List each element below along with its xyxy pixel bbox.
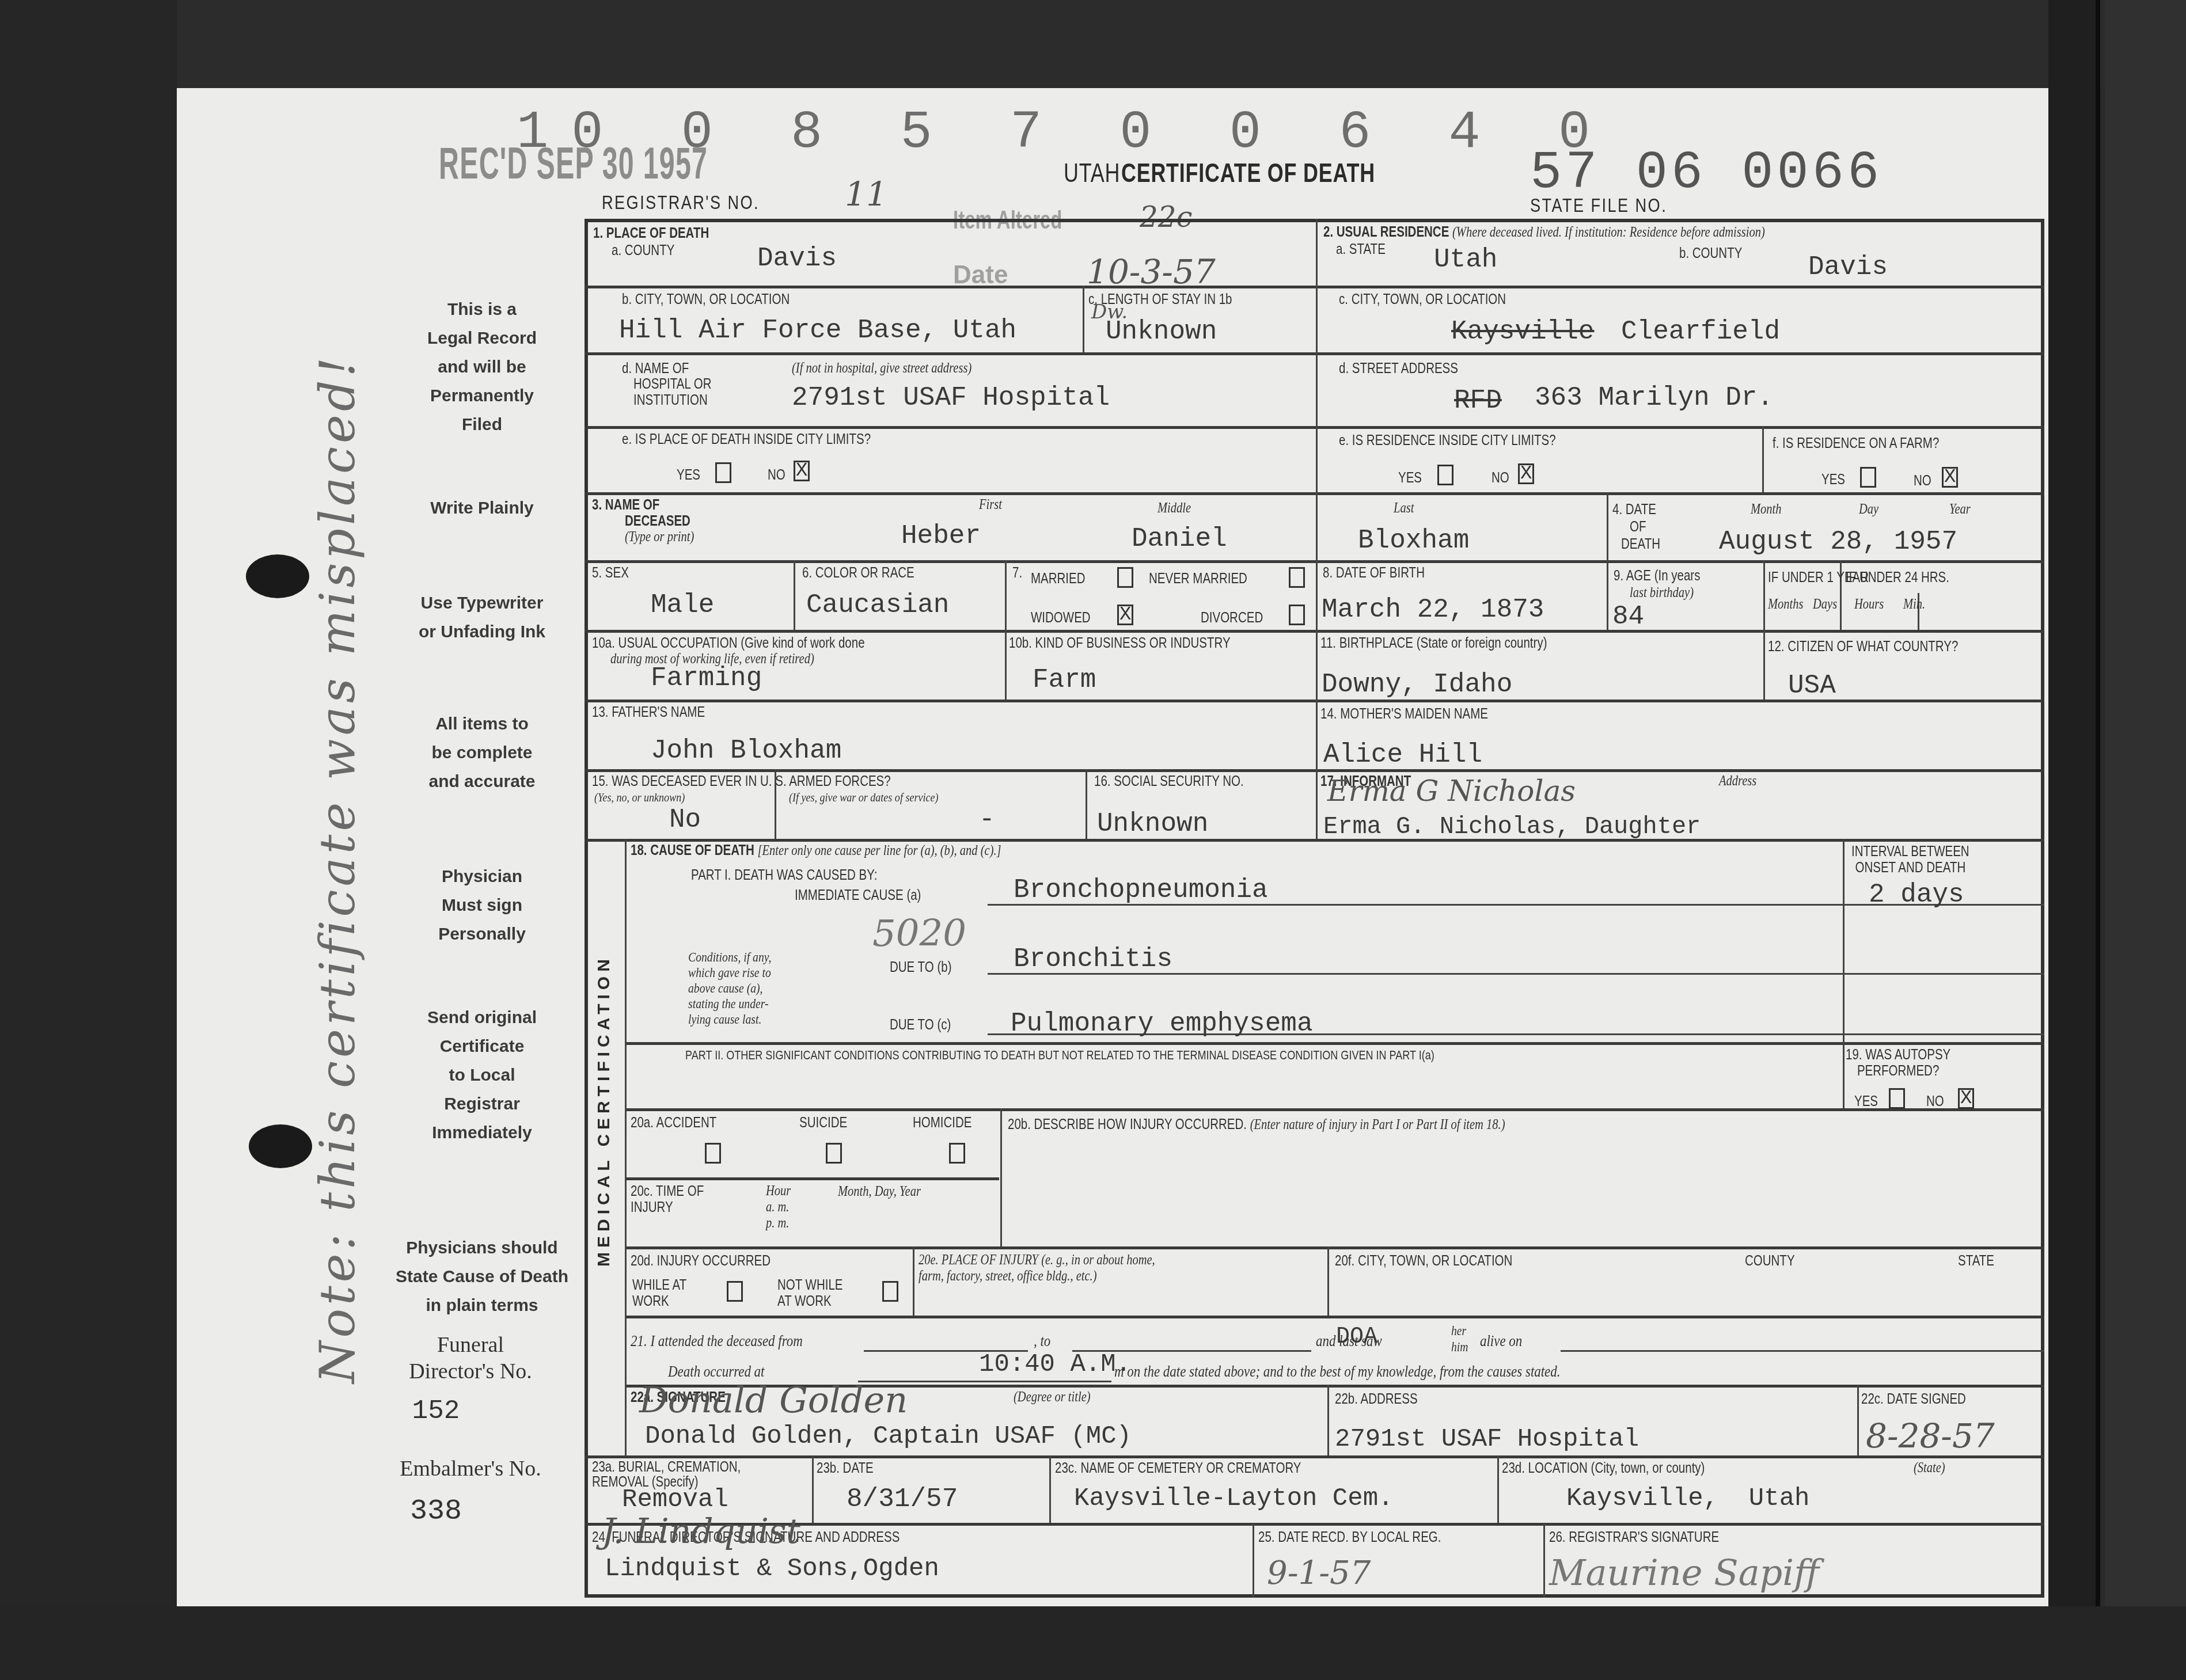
age-value[interactable]: 84 xyxy=(1612,602,1644,632)
middle-name-value[interactable]: Daniel xyxy=(1132,524,1227,554)
first-name-value[interactable]: Heber xyxy=(901,521,981,551)
homicide-checkbox[interactable] xyxy=(949,1143,965,1164)
residence-county-label: b. COUNTY xyxy=(1679,245,1742,262)
row-divider xyxy=(585,352,2044,355)
name-label-3: (Type or print) xyxy=(625,529,694,546)
residence-inside-city-label: e. IS RESIDENCE INSIDE CITY LIMITS? xyxy=(1339,432,1556,449)
her-label: her xyxy=(1451,1322,1466,1340)
dod-day-label: Day xyxy=(1859,501,1878,518)
armed-forces-sub2: (If yes, give war or dates of service) xyxy=(789,789,939,806)
col-divider xyxy=(1327,1385,1329,1455)
first-label: First xyxy=(979,496,1002,514)
disposition-value[interactable]: Removal xyxy=(622,1485,728,1514)
citizen-value[interactable]: USA xyxy=(1788,671,1836,701)
physician-address-value[interactable]: 2791st USAF Hospital xyxy=(1335,1425,1639,1454)
divorced-checkbox[interactable] xyxy=(1289,605,1305,625)
scanner-background-top xyxy=(0,0,2186,88)
scanner-background-left xyxy=(0,0,177,1680)
race-label: 6. COLOR OR RACE xyxy=(802,564,914,581)
funeral-director-signature: J. Lindquist xyxy=(602,1511,800,1552)
mother-value[interactable]: Alice Hill xyxy=(1323,740,1482,770)
widowed-checkbox[interactable] xyxy=(1117,605,1133,625)
injury-occurred-label: 20d. INJURY OCCURRED xyxy=(631,1252,771,1269)
yes-label: YES xyxy=(1398,469,1422,486)
marital-label: 7. xyxy=(1012,564,1022,581)
middle-label: Middle xyxy=(1157,500,1191,517)
burial-location-state-label: (State) xyxy=(1914,1459,1945,1477)
death-inside-city-label: e. IS PLACE OF DEATH INSIDE CITY LIMITS? xyxy=(622,431,871,448)
embalmer-no-label: Embalmer's No. xyxy=(373,1455,568,1482)
occupation-value[interactable]: Farming xyxy=(651,663,762,693)
registrar-signature-label: 26. REGISTRAR'S SIGNATURE xyxy=(1549,1529,1719,1546)
dod-label-1: 4. DATE xyxy=(1612,501,1656,518)
col-divider xyxy=(1327,1246,1329,1316)
margin-note-complete: All items to be complete and accurate xyxy=(396,710,568,796)
autopsy-label: 19. WAS AUTOPSY PERFORMED? xyxy=(1846,1047,1950,1079)
medical-cert-bar xyxy=(625,839,627,1455)
row-divider xyxy=(625,1246,2044,1249)
farm-yes-checkbox[interactable] xyxy=(1860,467,1876,488)
last-label: Last xyxy=(1394,500,1414,517)
part-i-label: PART I. DEATH WAS CAUSED BY: xyxy=(691,866,878,884)
state-file-no-label: STATE FILE NO. xyxy=(1530,195,1667,217)
usual-residence-label: 2. USUAL RESIDENCE (Where deceased lived… xyxy=(1323,223,1765,241)
margin-note-plain-terms: Physicians should State Cause of Death i… xyxy=(375,1234,589,1320)
margin-note-send-original: Send original Certificate to Local Regis… xyxy=(396,1004,568,1147)
punch-hole-top xyxy=(246,554,309,598)
row-divider xyxy=(585,286,2044,288)
street-address-value[interactable]: 363 Marilyn Dr. xyxy=(1535,383,1773,413)
row-divider xyxy=(585,1523,2044,1526)
no-label: NO xyxy=(1926,1093,1944,1110)
place-of-injury-label: 20e. PLACE OF INJURY (e. g., in or about… xyxy=(919,1252,1155,1284)
death-city-label: b. CITY, TOWN, OR LOCATION xyxy=(622,291,790,308)
row-divider xyxy=(585,560,2044,563)
birthplace-label: 11. BIRTHPLACE (State or foreign country… xyxy=(1320,634,1547,652)
col-divider xyxy=(1086,769,1087,839)
residence-state-label: a. STATE xyxy=(1336,241,1386,258)
embalmer-no: 338 xyxy=(338,1499,534,1525)
him-label: him xyxy=(1451,1339,1468,1356)
degree-label: (Degree or title) xyxy=(1014,1389,1091,1406)
month-day-year-label: Month, Day, Year xyxy=(838,1183,921,1200)
attended-to-label: , to xyxy=(1034,1333,1050,1350)
death-inside-city-yes-checkbox[interactable] xyxy=(715,462,731,483)
hospital-value[interactable]: 2791st USAF Hospital xyxy=(792,383,1110,413)
last-saw-label: and last saw xyxy=(1316,1333,1382,1350)
father-label: 13. FATHER'S NAME xyxy=(592,704,705,721)
part-ii-divider xyxy=(625,1042,2044,1045)
row-divider xyxy=(585,426,2044,429)
county-label: a. COUNTY xyxy=(612,242,674,259)
margin-note-typewriter: Use Typewriter or Unfading Ink xyxy=(396,589,568,647)
funeral-director-no: 152 xyxy=(338,1398,534,1424)
days-label: Days xyxy=(1813,596,1837,613)
residence-city-value[interactable]: Clearfield xyxy=(1621,317,1780,347)
sex-value[interactable]: Male xyxy=(651,590,714,620)
address-label: 22b. ADDRESS xyxy=(1335,1390,1418,1408)
date-of-death-value[interactable]: August 28, 1957 xyxy=(1719,527,1957,557)
physician-signature: Donald Golden xyxy=(639,1379,908,1421)
cause-of-death-label: 18. CAUSE OF DEATH [Enter only one cause… xyxy=(631,842,1001,860)
col-divider xyxy=(1857,1385,1859,1455)
received-date-stamp: REC'D SEP 30 1957 xyxy=(439,137,708,189)
name-label-2: DECEASED xyxy=(625,512,690,530)
part-ii-label: PART II. OTHER SIGNIFICANT CONDITIONS CO… xyxy=(685,1047,1434,1064)
autopsy-no-checkbox[interactable] xyxy=(1958,1088,1974,1109)
no-label: NO xyxy=(1492,469,1509,486)
alive-on-line xyxy=(1561,1350,2044,1352)
row-divider xyxy=(585,492,2044,495)
burial-date-label: 23b. DATE xyxy=(817,1459,874,1477)
registrar-signature-value[interactable]: Maurine Sapiff xyxy=(1549,1552,1819,1594)
row-divider xyxy=(585,769,2044,772)
date-signed-label: 22c. DATE SIGNED xyxy=(1861,1390,1966,1408)
col-divider xyxy=(1253,1523,1254,1598)
col-divider xyxy=(1543,1523,1545,1598)
name-label: 3. NAME OF xyxy=(592,496,659,514)
married-checkbox[interactable] xyxy=(1117,567,1133,588)
date-recd-value[interactable]: 9-1-57 xyxy=(1267,1554,1371,1592)
col-divider xyxy=(1316,219,1318,561)
street-address-label: d. STREET ADDRESS xyxy=(1339,360,1458,377)
due-to-c-value[interactable]: Pulmonary emphysema xyxy=(1011,1009,1313,1039)
accident-label: 20a. ACCIDENT xyxy=(631,1114,716,1131)
age-label: 9. AGE (In years xyxy=(1614,567,1700,584)
farm-label: f. IS RESIDENCE ON A FARM? xyxy=(1773,435,1939,452)
col-divider xyxy=(1316,560,1318,839)
scanner-background-bottom xyxy=(0,1606,2186,1680)
date-recd-label: 25. DATE RECD. BY LOCAL REG. xyxy=(1258,1529,1441,1546)
cemetery-value[interactable]: Kaysville-Layton Cem. xyxy=(1074,1484,1394,1513)
farm-no-checkbox[interactable] xyxy=(1942,467,1958,488)
cause-code-annotation: 5020 xyxy=(872,913,966,955)
row-divider xyxy=(625,1177,999,1180)
suicide-checkbox[interactable] xyxy=(826,1143,842,1164)
father-value[interactable]: John Bloxham xyxy=(651,736,841,766)
homicide-label: HOMICIDE xyxy=(913,1114,972,1131)
margin-note-physician-sign: Physician Must sign Personally xyxy=(396,862,568,949)
col-divider xyxy=(1000,1108,1002,1246)
armed-forces-dates-value[interactable]: - xyxy=(979,805,995,835)
registrars-no-label: REGISTRAR'S NO. xyxy=(602,192,760,214)
divorced-label: DIVORCED xyxy=(1201,609,1263,626)
not-while-at-work-label: NOT WHILE AT WORK xyxy=(777,1277,843,1309)
birthplace-value[interactable]: Downy, Idaho xyxy=(1322,670,1512,700)
min-label: Min. xyxy=(1903,596,1925,613)
residence-county-value[interactable]: Davis xyxy=(1808,252,1888,282)
row-divider xyxy=(625,1108,2044,1111)
yes-label: YES xyxy=(1854,1093,1878,1110)
length-of-stay-value[interactable]: Unknown xyxy=(1106,317,1217,347)
death-occurred-label: Death occurred at xyxy=(668,1363,764,1381)
date-of-birth-value[interactable]: March 22, 1873 xyxy=(1322,595,1544,625)
armed-forces-value[interactable]: No xyxy=(669,805,701,835)
title-state: UTAH xyxy=(1064,157,1120,188)
col-divider xyxy=(812,1455,814,1523)
mother-label: 14. MOTHER'S MAIDEN NAME xyxy=(1320,705,1488,723)
dod-label-3: DEATH xyxy=(1621,535,1660,553)
due-to-c-label: DUE TO (c) xyxy=(890,1016,951,1033)
autopsy-yes-checkbox[interactable] xyxy=(1889,1088,1905,1109)
col-divider xyxy=(1762,426,1764,493)
dod-label-2: OF xyxy=(1630,518,1646,535)
injury-city-label: 20f. CITY, TOWN, OR LOCATION xyxy=(1335,1252,1512,1269)
ssn-value[interactable]: Unknown xyxy=(1097,809,1208,839)
col-divider xyxy=(913,1246,914,1316)
injury-county-label: COUNTY xyxy=(1745,1252,1795,1269)
race-value[interactable]: Caucasian xyxy=(806,590,949,620)
not-while-at-work-checkbox[interactable] xyxy=(882,1281,898,1302)
death-inside-city-no-checkbox[interactable] xyxy=(794,461,810,481)
medical-certification-label: MEDICAL CERTIFICATION xyxy=(594,955,614,1267)
never-married-label: NEVER MARRIED xyxy=(1149,570,1247,587)
citizen-label: 12. CITIZEN OF WHAT COUNTRY? xyxy=(1768,638,1958,655)
armed-forces-label: 15. WAS DECEASED EVER IN U. S. ARMED FOR… xyxy=(592,773,891,790)
col-divider xyxy=(1083,286,1084,352)
burial-date-value[interactable]: 8/31/57 xyxy=(847,1484,958,1514)
hospital-hint: (If not in hospital, give street address… xyxy=(792,360,971,377)
cemetery-label: 23c. NAME OF CEMETERY OR CREMATORY xyxy=(1055,1459,1301,1477)
residence-city-label: c. CITY, TOWN, OR LOCATION xyxy=(1339,291,1506,308)
married-label: MARRIED xyxy=(1031,570,1086,587)
col-divider xyxy=(794,560,795,630)
death-city-value[interactable]: Hill Air Force Base, Utah xyxy=(619,316,1016,345)
hour-am-pm-label: Hour a. m. p. m. xyxy=(766,1183,791,1232)
months-label: Months xyxy=(1768,596,1804,613)
col-divider xyxy=(1005,560,1007,700)
under-24-hours-label: IF UNDER 24 HRS. xyxy=(1846,569,1949,586)
death-occurred-suffix: m on the date stated above; and to the b… xyxy=(1114,1363,1561,1381)
row-divider xyxy=(585,630,2044,633)
certificate-title: CERTIFICATE OF DEATH xyxy=(1121,157,1375,188)
date-signed-value[interactable]: 8-28-57 xyxy=(1866,1416,1995,1455)
immediate-cause-value[interactable]: Bronchopneumonia xyxy=(1014,875,1268,905)
interval-label: INTERVAL BETWEEN ONSET AND DEATH xyxy=(1851,843,1969,876)
binder-edge xyxy=(2048,0,2100,1680)
street-struck: RFD xyxy=(1454,386,1502,416)
funeral-director-value[interactable]: Lindquist & Sons,Ogden xyxy=(605,1554,939,1583)
hospital-label-1: d. NAME OF xyxy=(622,360,689,377)
place-of-death-label: 1. PLACE OF DEATH xyxy=(593,225,709,242)
armed-forces-sub1: (Yes, no, or unknown) xyxy=(594,789,685,806)
never-married-checkbox[interactable] xyxy=(1289,567,1305,588)
widowed-label: WIDOWED xyxy=(1031,609,1091,626)
col-divider xyxy=(1497,1455,1499,1523)
due-to-b-value[interactable]: Bronchitis xyxy=(1014,944,1172,974)
industry-value[interactable]: Farm xyxy=(1033,665,1096,695)
informant-signature: Erma G Nicholas xyxy=(1327,774,1576,808)
interval-value[interactable]: 2 days xyxy=(1869,880,1964,910)
while-at-work-label: WHILE AT WORK xyxy=(632,1277,686,1309)
time-of-injury-label: 20c. TIME OF INJURY xyxy=(631,1183,704,1215)
residence-city-struck: Kaysville xyxy=(1451,317,1594,347)
punch-hole-bottom xyxy=(249,1124,312,1168)
sex-label: 5. SEX xyxy=(592,564,629,581)
residence-inside-city-yes-checkbox[interactable] xyxy=(1437,465,1453,485)
conditions-note: Conditions, if any, which gave rise to a… xyxy=(688,950,771,1028)
due-to-b-label: DUE TO (b) xyxy=(890,959,951,976)
residence-state-value[interactable]: Utah xyxy=(1434,245,1497,275)
injury-state-label: STATE xyxy=(1958,1252,1994,1269)
death-county-value[interactable]: Davis xyxy=(757,244,837,273)
dod-month-label: Month xyxy=(1751,501,1782,518)
burial-location-value[interactable]: Kaysville, Utah xyxy=(1566,1484,1809,1513)
handwritten-margin-note: Note: this certificate was misplaced! xyxy=(309,354,366,1383)
alive-on-label: alive on xyxy=(1480,1333,1522,1350)
col-divider xyxy=(1049,1455,1051,1523)
industry-label: 10b. KIND OF BUSINESS OR INDUSTRY xyxy=(1009,634,1231,652)
last-name-value[interactable]: Bloxham xyxy=(1358,526,1469,556)
death-time-value[interactable]: 10:40 A.M. xyxy=(979,1350,1131,1379)
while-at-work-checkbox[interactable] xyxy=(727,1281,743,1302)
suicide-label: SUICIDE xyxy=(799,1114,847,1131)
row-divider xyxy=(625,1316,2044,1318)
attended-prefix: 21. I attended the deceased from xyxy=(631,1333,803,1350)
informant-address-label: Address xyxy=(1719,773,1756,790)
yes-label: YES xyxy=(677,466,700,484)
yes-label: YES xyxy=(1821,471,1845,488)
dob-label: 8. DATE OF BIRTH xyxy=(1323,564,1425,581)
age-label-2: last birthday) xyxy=(1630,584,1694,602)
margin-note-write-plainly: Write Plainly xyxy=(396,494,568,523)
col-divider xyxy=(1607,492,1608,630)
physician-name-value[interactable]: Donald Golden, Captain USAF (MC) xyxy=(645,1422,1132,1451)
injury-how-label: 20b. DESCRIBE HOW INJURY OCCURRED. (Ente… xyxy=(1008,1116,1505,1134)
no-label: NO xyxy=(1914,472,1931,489)
accident-checkbox[interactable] xyxy=(705,1143,721,1164)
registrars-no-value: 11 xyxy=(845,174,887,214)
burial-location-label: 23d. LOCATION (City, town, or county) xyxy=(1502,1459,1705,1477)
row-divider xyxy=(585,1455,2044,1458)
informant-value[interactable]: Erma G. Nicholas, Daughter xyxy=(1323,813,1701,841)
ssn-label: 16. SOCIAL SECURITY NO. xyxy=(1094,773,1244,790)
hospital-label-3: INSTITUTION xyxy=(633,392,708,409)
scanner-background-right xyxy=(2105,0,2186,1680)
margin-note-legal-record: This is a Legal Record and will be Perma… xyxy=(396,295,568,439)
hospital-label-2: HOSPITAL OR xyxy=(633,375,712,393)
col-divider xyxy=(1763,560,1765,700)
no-label: NO xyxy=(768,466,785,484)
hours-label: Hours xyxy=(1854,596,1884,613)
occupation-label: 10a. USUAL OCCUPATION (Give kind of work… xyxy=(592,634,865,652)
funeral-director-no-label: Funeral Director's No. xyxy=(373,1332,568,1385)
residence-inside-city-no-checkbox[interactable] xyxy=(1518,463,1534,484)
immediate-cause-label: IMMEDIATE CAUSE (a) xyxy=(795,887,921,904)
dod-year-label: Year xyxy=(1949,501,1971,518)
